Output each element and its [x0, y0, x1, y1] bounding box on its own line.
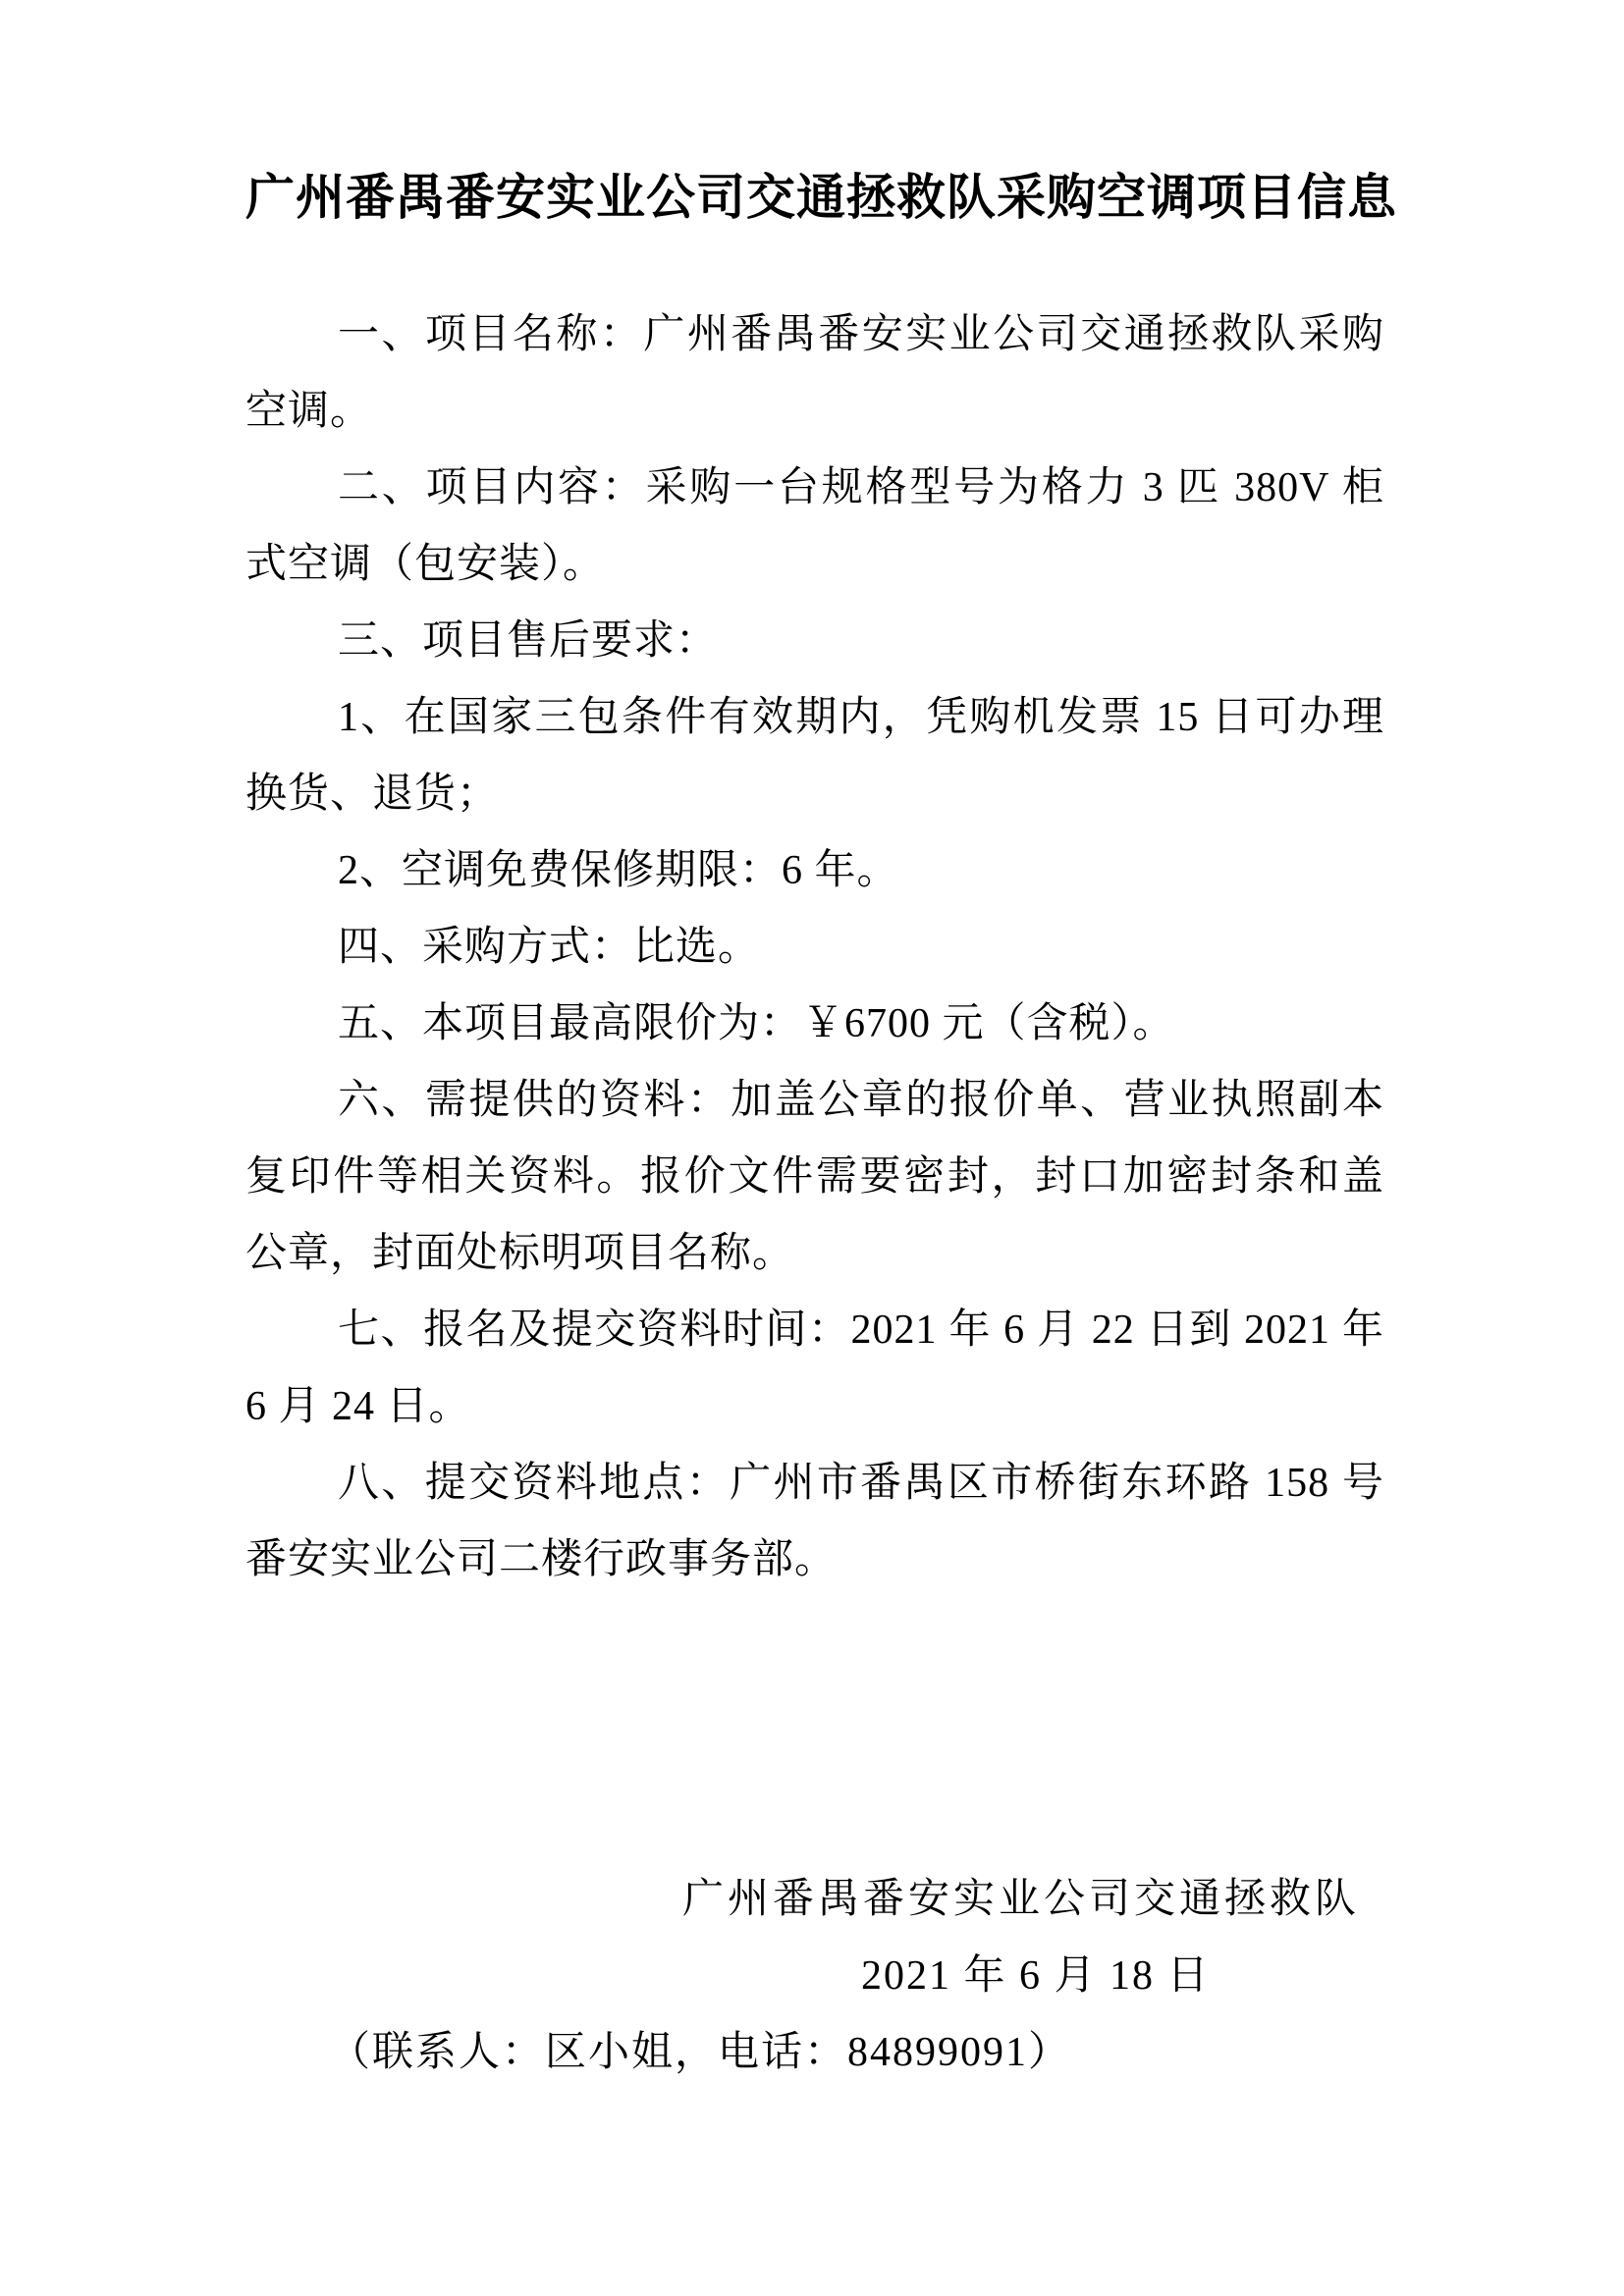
document-body: 一、项目名称：广州番禺番安实业公司交通拯救队采购 空调。 二、项目内容：采购一台… [245, 296, 1384, 1598]
body-line-required-documents-cont1: 复印件等相关资料。报价文件需要密封，封口加密封条和盖 [245, 1139, 1384, 1215]
body-line-aftersales-item1: 1、在国家三包条件有效期内，凭购机发票 15 日可办理 [245, 679, 1384, 756]
body-line-aftersales-item2: 2、空调免费保修期限：6 年。 [245, 832, 1384, 909]
document-title: 广州番禺番安实业公司交通拯救队采购空调项目信息 [245, 167, 1384, 228]
body-line-submission-place-cont: 番安实业公司二楼行政事务部。 [245, 1522, 1384, 1598]
body-line-submission-time-cont: 6 月 24 日。 [245, 1368, 1384, 1445]
body-line-price-limit: 五、本项目最高限价为：￥6700 元（含税）。 [245, 986, 1384, 1062]
body-line-submission-time: 七、报名及提交资料时间：2021 年 6 月 22 日到 2021 年 [245, 1292, 1384, 1368]
body-line-required-documents: 六、需提供的资料：加盖公章的报价单、营业执照副本 [245, 1062, 1384, 1139]
body-line-project-name-cont: 空调。 [245, 373, 1384, 450]
document-page: 广州番禺番安实业公司交通拯救队采购空调项目信息 一、项目名称：广州番禺番安实业公… [0, 0, 1624, 2296]
body-line-project-content: 二、项目内容：采购一台规格型号为格力 3 匹 380V 柜 [245, 450, 1384, 526]
body-line-submission-place: 八、提交资料地点：广州市番禺区市桥街东环路 158 号 [245, 1445, 1384, 1522]
body-line-project-name: 一、项目名称：广州番禺番安实业公司交通拯救队采购 [245, 296, 1384, 373]
body-line-procurement-method: 四、采购方式：比选。 [245, 909, 1384, 986]
signature-org: 广州番禺番安实业公司交通拯救队 [245, 1861, 1384, 1938]
signature-date: 2021 年 6 月 18 日 [245, 1938, 1384, 2014]
signature-block: 广州番禺番安实业公司交通拯救队 2021 年 6 月 18 日 （联系人：区小姐… [245, 1861, 1384, 2091]
body-line-project-content-cont: 式空调（包安装）。 [245, 526, 1384, 603]
body-line-aftersales-item1-cont: 换货、退货； [245, 756, 1384, 832]
signature-contact: （联系人：区小姐，电话：84899091） [245, 2014, 1384, 2091]
body-line-aftersales-heading: 三、项目售后要求： [245, 603, 1384, 679]
body-line-required-documents-cont2: 公章，封面处标明项目名称。 [245, 1215, 1384, 1292]
